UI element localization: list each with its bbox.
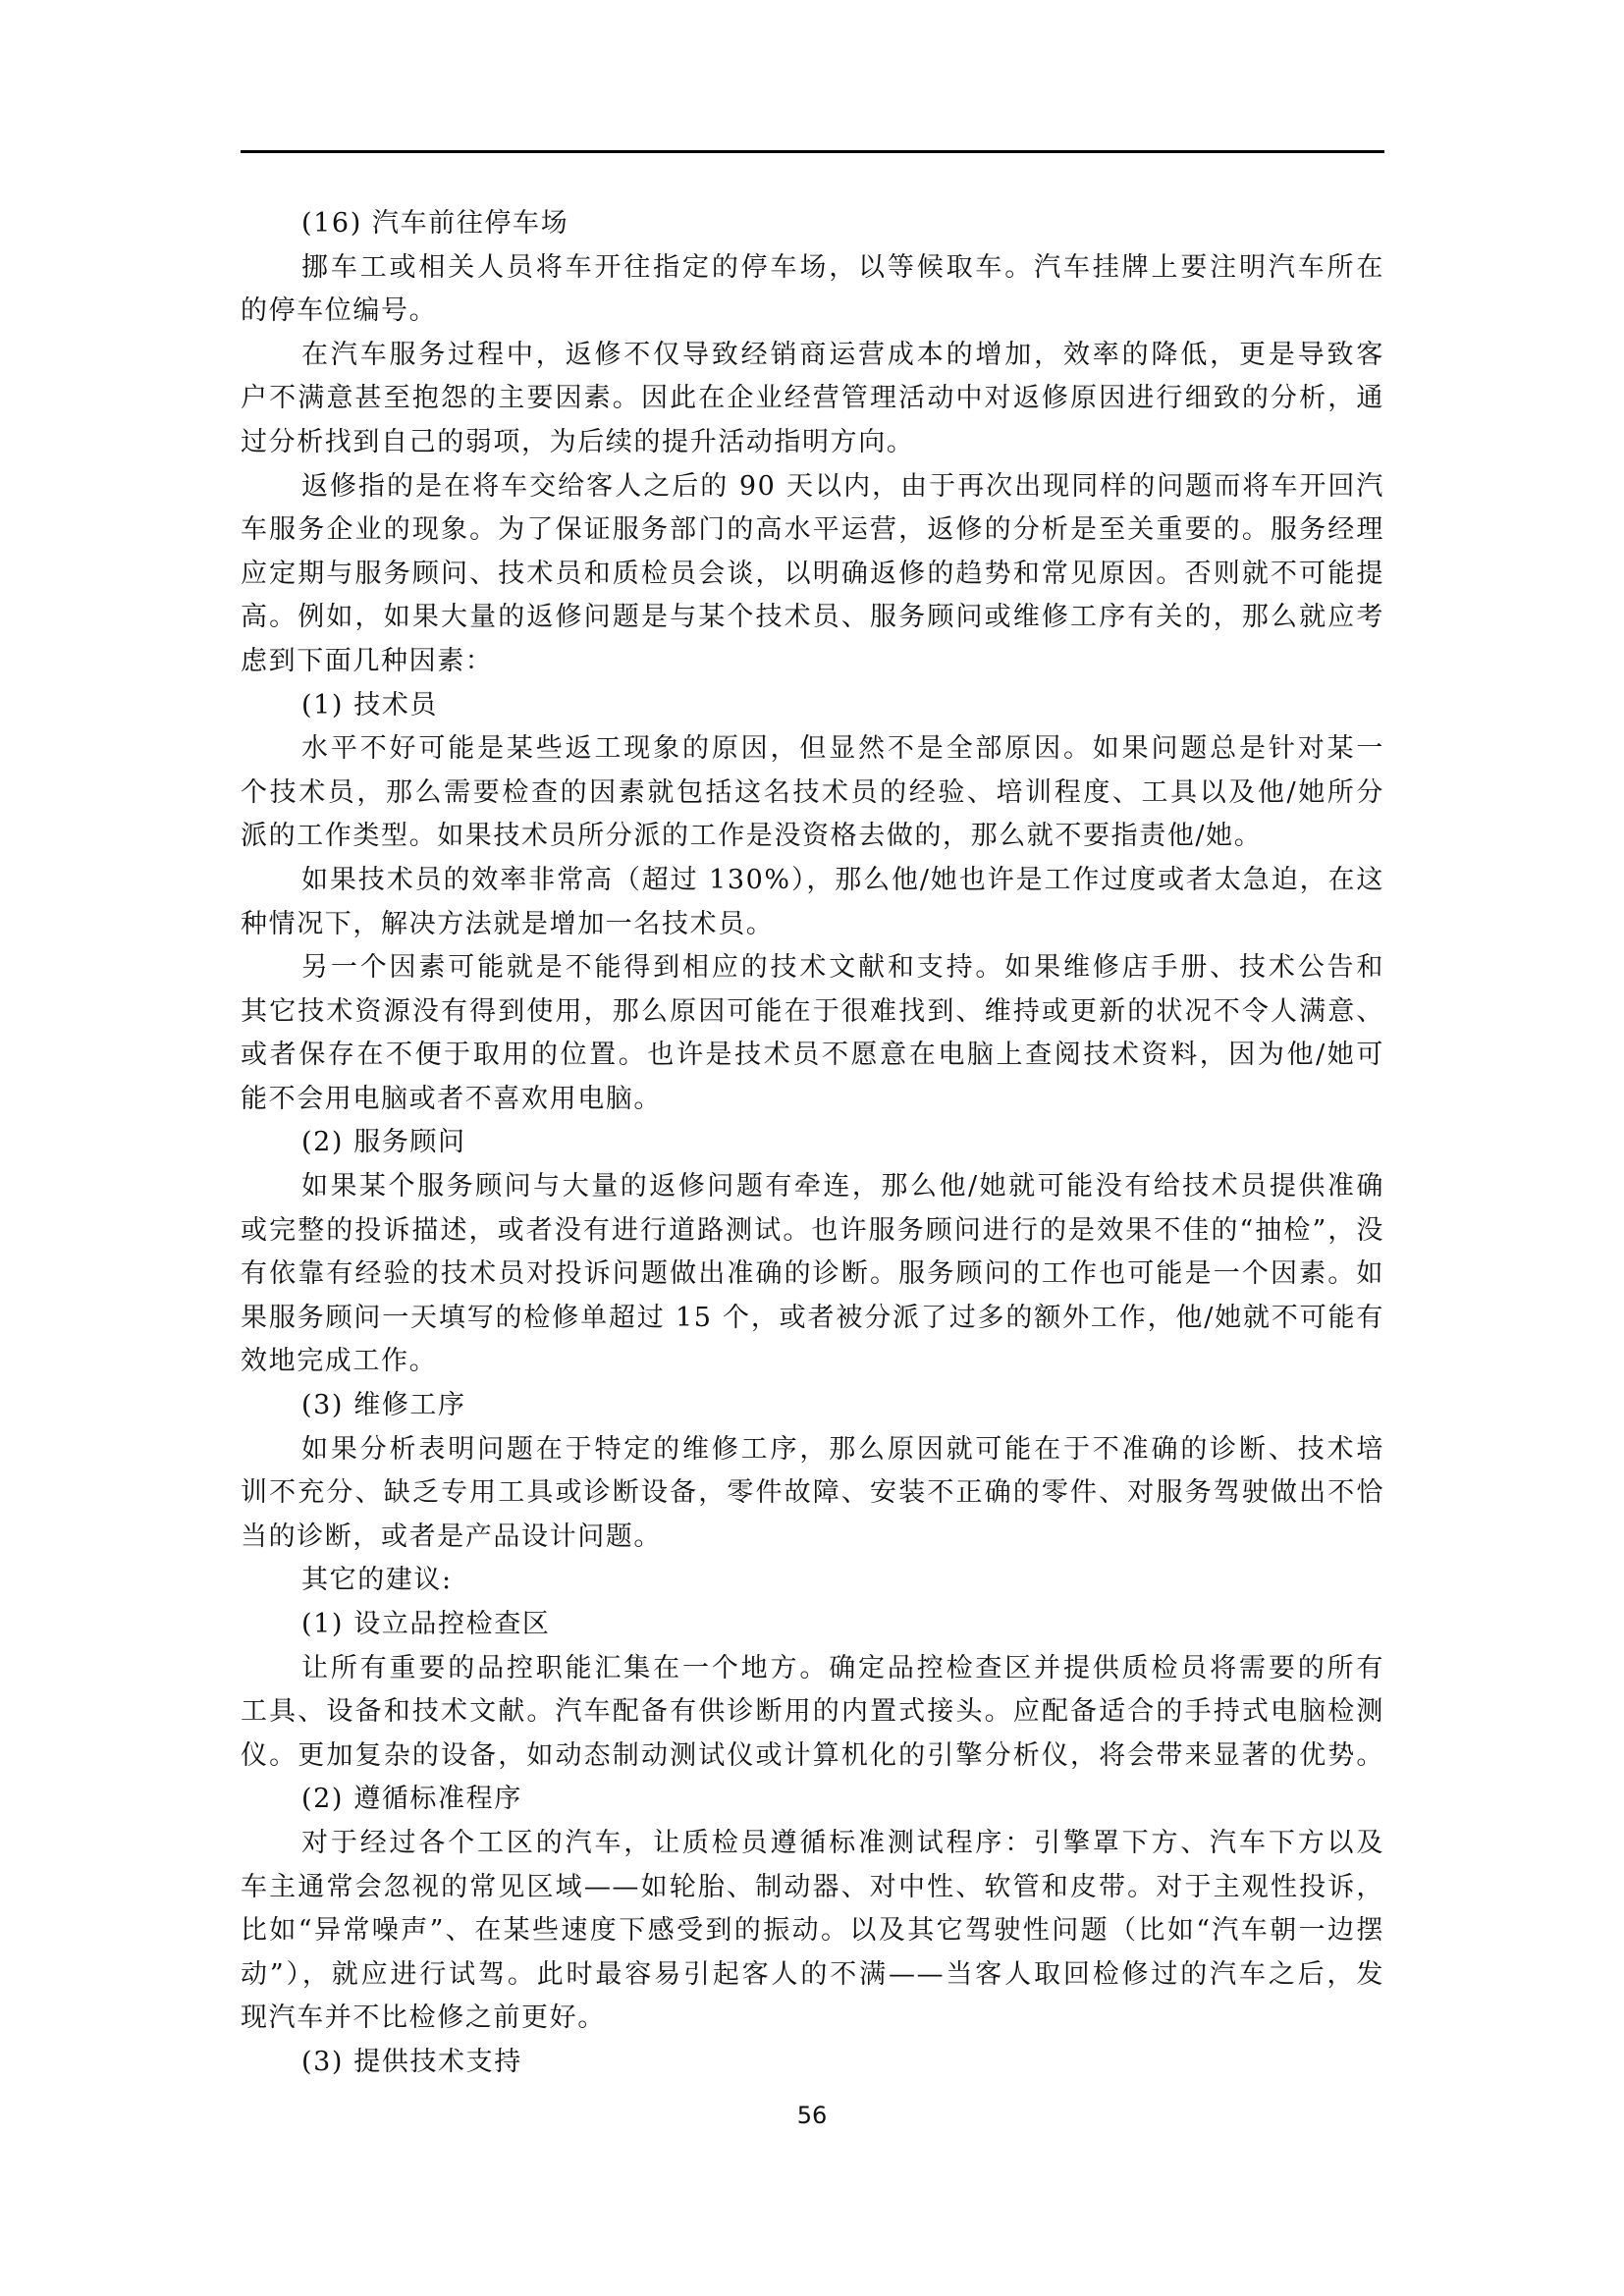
text-line: 对于经过各个工区的汽车，让质检员遵循标准测试程序：引擎罩下方、汽车下方以及 <box>241 1822 1384 1866</box>
text-line: (2) 遵循标准程序 <box>241 1778 1384 1822</box>
text-line: (3) 提供技术支持 <box>241 2041 1384 2085</box>
text-line: 返修指的是在将车交给客人之后的 90 天以内，由于再次出现同样的问题而将车开回汽 <box>241 465 1384 509</box>
text-line: (3) 维修工序 <box>241 1384 1384 1428</box>
text-line: 另一个因素可能就是不能得到相应的技术文献和支持。如果维修店手册、技术公告和 <box>241 946 1384 990</box>
text-line: (2) 服务顾问 <box>241 1121 1384 1165</box>
text-line: 其它技术资源没有得到使用，那么原因可能在于很难找到、维持或更新的状况不令人满意、 <box>241 990 1384 1035</box>
text-line: (1) 设立品控检查区 <box>241 1603 1384 1647</box>
text-line: 虑到下面几种因素： <box>241 640 1384 684</box>
text-line: 当的诊断，或者是产品设计问题。 <box>241 1516 1384 1560</box>
text-line: 有依靠有经验的技术员对投诉问题做出准确的诊断。服务顾问的工作也可能是一个因素。如 <box>241 1253 1384 1297</box>
text-line: 水平不好可能是某些返工现象的原因，但显然不是全部原因。如果问题总是针对某一 <box>241 727 1384 772</box>
text-line: 其它的建议: <box>241 1559 1384 1603</box>
page-body: (16) 汽车前往停车场挪车工或相关人员将车开往指定的停车场，以等候取车。汽车挂… <box>241 202 1384 2085</box>
text-line: 个技术员，那么需要检查的因素就包括这名技术员的经验、培训程度、工具以及他/她所分 <box>241 772 1384 816</box>
text-line: 车主通常会忽视的常见区域——如轮胎、制动器、对中性、软管和皮带。对于主观性投诉， <box>241 1866 1384 1910</box>
text-line: 车服务企业的现象。为了保证服务部门的高水平运营，返修的分析是至关重要的。服务经理 <box>241 508 1384 553</box>
text-line: 训不充分、缺乏专用工具或诊断设备，零件故障、安装不正确的零件、对服务驾驶做出不恰 <box>241 1471 1384 1516</box>
text-line: 种情况下，解决方法就是增加一名技术员。 <box>241 903 1384 947</box>
text-line: 让所有重要的品控职能汇集在一个地方。确定品控检查区并提供质检员将需要的所有 <box>241 1647 1384 1691</box>
text-line: 过分析找到自己的弱项，为后续的提升活动指明方向。 <box>241 421 1384 465</box>
text-line: 工具、设备和技术文献。汽车配备有供诊断用的内置式接头。应配备适合的手持式电脑检测 <box>241 1690 1384 1735</box>
page-number: 56 <box>0 2102 1624 2129</box>
text-line: 现汽车并不比检修之前更好。 <box>241 1997 1384 2041</box>
text-line: 应定期与服务顾问、技术员和质检员会谈，以明确返修的趋势和常见原因。否则就不可能提 <box>241 553 1384 597</box>
text-line: 如果技术员的效率非常高（超过 130%），那么他/她也许是工作过度或者太急迫，在… <box>241 859 1384 903</box>
text-line: 派的工作类型。如果技术员所分派的工作是没资格去做的，那么就不要指责他/她。 <box>241 815 1384 859</box>
header-rule <box>241 150 1384 153</box>
text-line: 果服务顾问一天填写的检修单超过 15 个，或者被分派了过多的额外工作，他/她就不… <box>241 1297 1384 1341</box>
text-line: 仪。更加复杂的设备，如动态制动测试仪或计算机化的引擎分析仪，将会带来显著的优势。 <box>241 1735 1384 1779</box>
text-line: (1) 技术员 <box>241 684 1384 728</box>
text-line: 效地完成工作。 <box>241 1340 1384 1384</box>
text-line: 动”），就应进行试驾。此时最容易引起客人的不满——当客人取回检修过的汽车之后，发 <box>241 1953 1384 1998</box>
text-line: 如果某个服务顾问与大量的返修问题有牵连，那么他/她就可能没有给技术员提供准确 <box>241 1165 1384 1209</box>
text-line: 挪车工或相关人员将车开往指定的停车场，以等候取车。汽车挂牌上要注明汽车所在 <box>241 246 1384 291</box>
text-line: 高。例如，如果大量的返修问题是与某个技术员、服务顾问或维修工序有关的，那么就应考 <box>241 596 1384 640</box>
text-line: 如果分析表明问题在于特定的维修工序，那么原因就可能在于不准确的诊断、技术培 <box>241 1428 1384 1472</box>
text-line: 比如“异常噪声”、在某些速度下感受到的振动。以及其它驾驶性问题（比如“汽车朝一边… <box>241 1909 1384 1953</box>
text-line: 能不会用电脑或者不喜欢用电脑。 <box>241 1078 1384 1122</box>
text-line: 或者保存在不便于取用的位置。也许是技术员不愿意在电脑上查阅技术资料，因为他/她可 <box>241 1034 1384 1078</box>
text-line: 或完整的投诉描述，或者没有进行道路测试。也许服务顾问进行的是效果不佳的“抽检”，… <box>241 1209 1384 1254</box>
text-line: 户不满意甚至抱怨的主要因素。因此在企业经营管理活动中对返修原因进行细致的分析，通 <box>241 377 1384 421</box>
text-line: (16) 汽车前往停车场 <box>241 202 1384 246</box>
text-line: 的停车位编号。 <box>241 290 1384 334</box>
text-line: 在汽车服务过程中，返修不仅导致经销商运营成本的增加，效率的降低，更是导致客 <box>241 334 1384 378</box>
